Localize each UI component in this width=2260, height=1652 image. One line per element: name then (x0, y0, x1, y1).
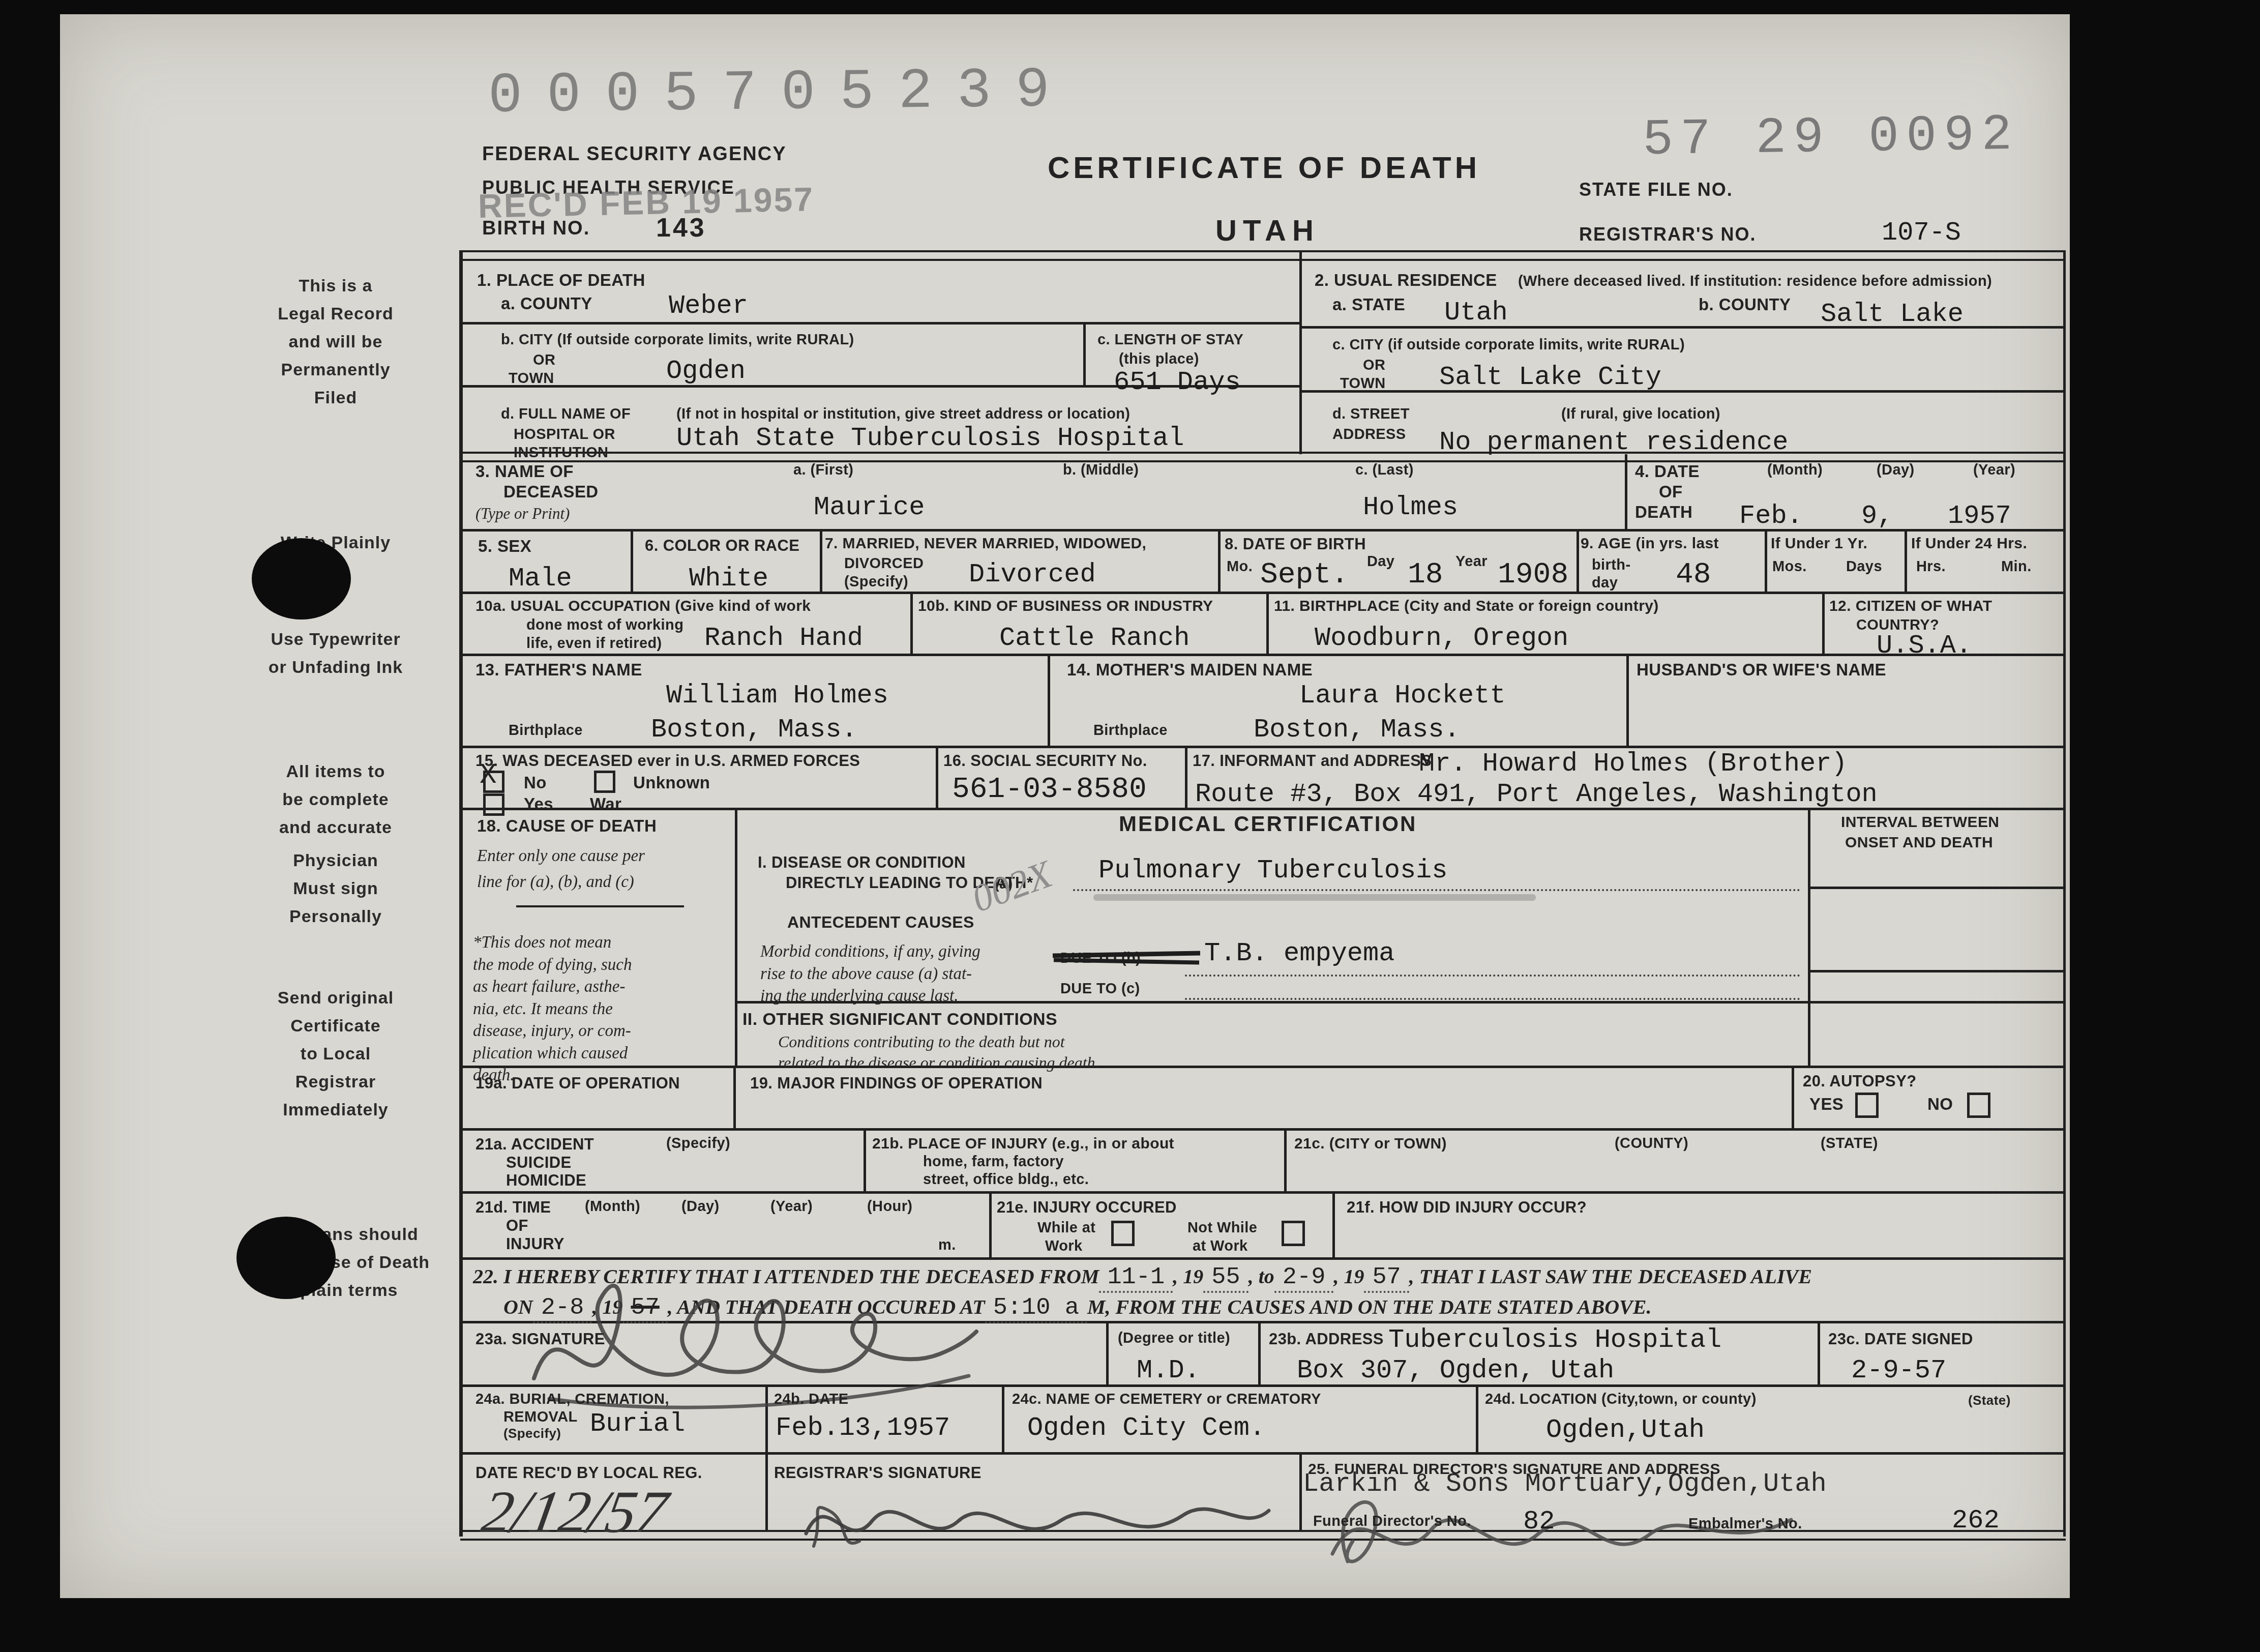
field-9-value: 48 (1676, 558, 1711, 592)
field-13-value: William Holmes (666, 681, 888, 711)
field-21d-label2: OF (506, 1217, 528, 1235)
field-24c-label: 24c. NAME OF CEMETERY or CREMATORY (1012, 1391, 1321, 1408)
pencil-smudge (1093, 894, 1536, 901)
grid-line (910, 592, 913, 654)
field-2b-value: Salt Lake (1821, 299, 1964, 329)
grid-line (1185, 746, 1187, 808)
field-4-day-label: (Day) (1877, 462, 1915, 479)
field-1b-town: TOWN (509, 370, 554, 387)
margin-note-plain-terms: Physicians should State Cause of Death i… (188, 1221, 488, 1305)
field-1c-value: 651 Days (1114, 367, 1241, 397)
field-15-war-label: War (590, 794, 621, 814)
field-3a-label: a. (First) (793, 462, 853, 479)
field-1c-sub: (this place) (1119, 351, 1199, 368)
field-4-label3: DEATH (1635, 503, 1692, 522)
field-23b-label: 23b. ADDRESS (1269, 1330, 1384, 1348)
husband-wife-label: HUSBAND'S OR WIFE'S NAME (1637, 660, 1886, 680)
field-14-bp-label: Birthplace (1093, 722, 1168, 739)
grid-line (460, 1452, 2066, 1455)
med-a-value: Pulmonary Tuberculosis (1098, 855, 1448, 886)
field-2d-label2: ADDRESS (1332, 426, 1406, 443)
field-1a-label: a. COUNTY (501, 294, 592, 313)
margin-note-physician-sign: Physician Must sign Personally (203, 847, 468, 931)
checkbox-while-at-work (1111, 1221, 1135, 1246)
med-b-value: T.B. empyema (1204, 938, 1394, 968)
field-4-day-value: 9, (1861, 501, 1893, 531)
field-24d-label: 24d. LOCATION (City,town, or county) (1485, 1391, 1757, 1408)
field-1d-sub2: INSTITUTION (514, 445, 608, 461)
field-3a-value: Maurice (814, 492, 925, 522)
grid-line (1625, 454, 1627, 529)
funeral-director-no-label: Funeral Director's No. (1313, 1513, 1471, 1530)
field-2a-value: Utah (1444, 298, 1508, 328)
field-8-day-value: 18 (1408, 558, 1443, 592)
field-10a-label3: life, even if retired) (526, 635, 662, 652)
grid-line (1048, 654, 1050, 746)
med-antecedent-label: ANTECEDENT CAUSES (787, 913, 974, 932)
grid-line (733, 1066, 736, 1128)
date-recd-value: 2/12/57 (477, 1478, 673, 1547)
grid-line (820, 529, 822, 592)
certify-tail: M, FROM THE CAUSES AND ON THE DATE STATE… (1087, 1295, 1652, 1318)
grid-line (1792, 1066, 1794, 1128)
field-20-label: 20. AUTOPSY? (1803, 1072, 1917, 1090)
med-c-line (1185, 996, 1800, 1000)
field-21b-label1: 21b. PLACE OF INJURY (e.g., in or about (872, 1135, 1174, 1153)
field-8-year-value: 1908 (1498, 558, 1568, 592)
grid-line (460, 529, 2066, 532)
field-9-label1: 9. AGE (in yrs. last (1581, 535, 1719, 552)
field-21b-label2: home, farm, factory (923, 1154, 1064, 1170)
field-14-bp-value: Boston, Mass. (1254, 715, 1460, 745)
field-17-label: 17. INFORMANT and ADDRESS (1193, 752, 1432, 770)
grid-line (1332, 1191, 1335, 1257)
field-4-year-value: 1957 (1948, 501, 2011, 531)
certificate-title: CERTIFICATE OF DEATH (1048, 150, 1480, 185)
field-21a-label1: 21a. ACCIDENT (475, 1135, 594, 1154)
grid-line (1626, 654, 1629, 746)
field-20-no-label: NO (1927, 1095, 1953, 1114)
grid-line (1818, 1321, 1820, 1384)
field-4-label1: 4. DATE (1635, 462, 1700, 481)
field-21d-month: (Month) (585, 1198, 640, 1215)
field-23b-value2: Box 307, Ogden, Utah (1297, 1355, 1614, 1385)
grid-line (1266, 592, 1269, 654)
field-1-title: 1. PLACE OF DEATH (477, 271, 645, 290)
field-21c-county: (COUNTY) (1615, 1135, 1688, 1152)
margin-note-send-original: Send original Certificate to Local Regis… (203, 984, 468, 1124)
field-12-label1: 12. CITIZEN OF WHAT (1829, 598, 1992, 615)
field-21e-label: 21e. INJURY OCCURED (997, 1198, 1177, 1217)
field-2c-or: OR (1363, 357, 1385, 374)
punch-hole-bottom (236, 1217, 336, 1299)
field-21d-year: (Year) (770, 1198, 813, 1215)
field-19-label: 19. MAJOR FINDINGS OF OPERATION (750, 1074, 1043, 1093)
field-15-label: 15. WAS DECEASED ever in U.S. ARMED FORC… (475, 752, 860, 770)
margin-note-typewriter: Use Typewriter or Unfading Ink (203, 626, 468, 682)
field-9-days-label: Days (1846, 558, 1882, 575)
grid-line (1808, 887, 2066, 889)
grid-line (2063, 250, 2066, 1537)
field-11-label: 11. BIRTHPLACE (City and State or foreig… (1274, 598, 1659, 615)
grid-line (460, 322, 1299, 324)
field-2c-town: TOWN (1340, 375, 1386, 392)
field-4-label2: OF (1659, 482, 1683, 501)
field-15-no-label: No (524, 773, 547, 792)
med-due-c-label: DUE TO (c) (1060, 981, 1140, 997)
field-1d-paren: (If not in hospital or institution, give… (676, 406, 1130, 423)
checkbox-autopsy-yes (1855, 1093, 1879, 1118)
margin-note-legal-record: This is a Legal Record and will be Perma… (203, 272, 468, 412)
grid-line (1476, 1384, 1478, 1452)
field-3-label3: (Type or Print) (475, 504, 570, 524)
field-2a-label: a. STATE (1332, 295, 1405, 314)
field-9-min-label: Min. (2001, 558, 2032, 575)
field-10a-label1: 10a. USUAL OCCUPATION (Give kind of work (475, 598, 811, 615)
state-title: UTAH (1215, 214, 1320, 248)
field-1d-label: d. FULL NAME OF (501, 406, 631, 423)
field-23c-label: 23c. DATE SIGNED (1828, 1330, 1973, 1348)
grid-line (1218, 529, 1221, 592)
field-17-value1: Mr. Howard Holmes (Brother) (1419, 749, 1848, 779)
grid-line (864, 1128, 866, 1191)
field-21e-w2: Work (1045, 1238, 1083, 1255)
certify-year2: 57 (1364, 1264, 1409, 1293)
grid-line (1299, 390, 2066, 393)
degree-title-label: (Degree or title) (1118, 1330, 1230, 1347)
grid-line (1106, 1321, 1109, 1384)
field-3b-label: b. (Middle) (1063, 462, 1139, 479)
field-8-day-label: Day (1367, 553, 1394, 570)
grid-line (989, 1191, 992, 1257)
med-morbid-note: Morbid conditions, if any, giving rise t… (760, 941, 980, 1008)
field-1d-value: Utah State Tuberculosis Hospital (676, 423, 1184, 453)
field-21d-hour: (Hour) (867, 1198, 912, 1215)
grid-line (1577, 529, 1579, 592)
grid-line (1299, 250, 1302, 454)
field-19a-label: 19a. DATE OF OPERATION (475, 1074, 680, 1093)
grid-line (1284, 1128, 1287, 1191)
field-24a-label2: REMOVAL (503, 1409, 578, 1426)
field-23c-value: 2-9-57 (1851, 1355, 1946, 1385)
field-17-value2: Route #3, Box 491, Port Angeles, Washing… (1195, 779, 1878, 809)
birth-no-label: BIRTH NO. (482, 218, 590, 240)
grid-line (460, 654, 2066, 656)
registrar-no-value: 107-S (1882, 218, 1961, 248)
med-ii-note: Conditions contributing to the death but… (778, 1031, 1099, 1073)
certify-from-value: 11-1 (1099, 1264, 1173, 1293)
field-2c-value: Salt Lake City (1439, 362, 1661, 392)
checkbox-no-x: X (480, 759, 497, 791)
field-18-rule (516, 905, 684, 907)
field-1c-label: c. LENGTH OF STAY (1097, 332, 1243, 348)
margin-note-complete: All items to be complete and accurate (203, 758, 468, 842)
field-20-yes-label: YES (1809, 1095, 1843, 1114)
state-file-number-stamp: 57 29 0092 (1642, 107, 2019, 169)
field-21c-label: 21c. (CITY or TOWN) (1294, 1135, 1447, 1153)
field-13-bp-label: Birthplace (509, 722, 583, 739)
state-file-label: STATE FILE NO. (1579, 179, 1733, 200)
registrar-no-label: REGISTRAR'S NO. (1579, 224, 1757, 245)
field-4-month-value: Feb. (1739, 501, 1803, 531)
field-2c-label: c. CITY (if outside corporate limits, wr… (1332, 337, 1685, 353)
grid-line (1002, 1384, 1004, 1452)
certify-year1: 55 (1203, 1264, 1248, 1293)
agency-line1: FEDERAL SECURITY AGENCY (482, 143, 786, 165)
field-10b-label: 10b. KIND OF BUSINESS OR INDUSTRY (918, 598, 1213, 615)
field-15-yes-label: Yes (524, 794, 553, 814)
grid-line (460, 452, 2066, 462)
field-9-mos-label: Mos. (1772, 558, 1807, 575)
field-2b-label: b. COUNTY (1699, 295, 1791, 314)
field-5-label: 5. SEX (478, 537, 531, 556)
field-24b-label: 24b. DATE (774, 1391, 848, 1408)
field-4-year-label: (Year) (1973, 462, 2015, 479)
field-10a-value: Ranch Hand (704, 623, 863, 653)
field-3c-value: Holmes (1363, 492, 1458, 522)
field-4-month-label: (Month) (1767, 462, 1823, 479)
field-9-label2: birth- (1592, 557, 1631, 574)
checkbox-unknown (594, 771, 615, 793)
field-2-paren: (Where deceased lived. If institution: r… (1518, 273, 1992, 290)
field-14-value: Laura Hockett (1299, 681, 1506, 711)
field-15-unknown-label: Unknown (633, 773, 710, 792)
field-18-note1: Enter only one cause per line for (a), (… (477, 843, 645, 895)
field-9-under24-label: If Under 24 Hrs. (1911, 535, 2027, 552)
field-21e-nw2: at Work (1193, 1238, 1248, 1255)
field-24a-label3: (Specify) (503, 1426, 561, 1441)
grid-line (1299, 1452, 1302, 1530)
field-3-label1: 3. NAME OF (475, 462, 574, 481)
grid-line (765, 1452, 768, 1530)
grid-line (1765, 529, 1767, 592)
grid-line (1808, 808, 1810, 1066)
embalmer-no-value: 262 (1952, 1506, 2000, 1536)
medical-certification-title: MEDICAL CERTIFICATION (1119, 812, 1417, 836)
field-21b-label3: street, office bldg., etc. (923, 1171, 1089, 1188)
field-3c-label: c. (Last) (1355, 462, 1414, 479)
field-24b-value: Feb.13,1957 (776, 1413, 950, 1443)
field-21d-label1: 21d. TIME (475, 1198, 551, 1217)
field-21e-nw1: Not While (1187, 1220, 1257, 1236)
med-ii-label: II. OTHER SIGNIFICANT CONDITIONS (742, 1010, 1057, 1029)
med-b-line (1185, 972, 1800, 977)
grid-line (936, 746, 938, 808)
field-21a-spec: (Specify) (666, 1135, 730, 1152)
med-a-line (1073, 887, 1800, 891)
field-3-label2: DECEASED (503, 482, 599, 501)
field-21f-label: 21f. HOW DID INJURY OCCUR? (1347, 1198, 1587, 1217)
field-8-mo-value: Sept. (1260, 558, 1349, 592)
checkbox-autopsy-no (1967, 1093, 1990, 1118)
field-2d-paren: (If rural, give location) (1561, 406, 1720, 423)
embalmer-no-label: Embalmer's No. (1688, 1516, 1802, 1532)
field-7-value: Divorced (969, 559, 1096, 589)
field-1a-value: Weber (669, 291, 748, 321)
field-21d-day: (Day) (681, 1198, 720, 1215)
field-1b-or: OR (533, 352, 555, 369)
certify-to-value: 2-9 (1274, 1264, 1334, 1293)
field-7-label1: 7. MARRIED, NEVER MARRIED, WIDOWED, (825, 535, 1146, 552)
field-7-label3: (Specify) (844, 574, 908, 591)
field-8-year-label: Year (1455, 553, 1488, 570)
field-7-label2: DIVORCED (844, 555, 924, 572)
field-9-hrs-label: Hrs. (1916, 558, 1946, 575)
field-24a-label1: 24a. BURIAL, CREMATION, (475, 1391, 669, 1408)
grid-line (1083, 322, 1086, 388)
field-16-label: 16. SOCIAL SECURITY No. (943, 752, 1147, 770)
grid-line (459, 250, 463, 1537)
field-13-label: 13. FATHER'S NAME (475, 660, 642, 680)
registrar-signature-scrawl (793, 1470, 1282, 1561)
field-10b-value: Cattle Ranch (999, 623, 1190, 653)
grid-line (460, 746, 2066, 748)
field-10a-label2: done most of working (526, 617, 683, 634)
field-24d-state-label: (State) (1968, 1393, 2011, 1408)
checkbox-not-while-at-work (1282, 1221, 1305, 1246)
field-1b-label: b. CITY (If outside corporate limits, wr… (501, 332, 854, 348)
field-24c-value: Ogden City Cem. (1027, 1413, 1265, 1443)
birth-no-value: 143 (656, 213, 706, 243)
field-18-note2: *This does not mean the mode of dying, s… (473, 932, 632, 1087)
field-14-label: 14. MOTHER'S MAIDEN NAME (1067, 660, 1313, 680)
interval-label1: INTERVAL BETWEEN (1841, 814, 1999, 831)
field-2d-label1: d. STREET (1332, 406, 1410, 423)
field-12-value: U.S.A. (1877, 631, 1972, 661)
field-9-label3: day (1592, 575, 1618, 592)
field-2d-value: No permanent residence (1439, 427, 1789, 457)
grid-line (1822, 592, 1825, 654)
field-21a-label3: HOMICIDE (506, 1171, 586, 1190)
certify-alive: , THAT I LAST SAW THE DECEASED ALIVE (1409, 1265, 1812, 1288)
field-23b-value1: Tuberculosis Hospital (1388, 1325, 1721, 1355)
field-8-mo-label: Mo. (1227, 558, 1253, 575)
death-certificate-scan: 0005705239 FEDERAL SECURITY AGENCY PUBLI… (0, 0, 2260, 1652)
field-13-bp-value: Boston, Mass. (651, 715, 857, 745)
field-6-value: White (689, 564, 768, 594)
field-6-label: 6. COLOR OR RACE (645, 537, 799, 555)
grid-line (1258, 1321, 1261, 1384)
grid-line (1808, 970, 2066, 972)
field-21e-w1: While at (1037, 1220, 1095, 1236)
grid-line (460, 250, 2066, 261)
field-24a-value: Burial (590, 1409, 685, 1439)
grid-line (460, 1128, 2066, 1131)
grid-line (735, 808, 737, 1066)
checkbox-yes (483, 793, 504, 816)
grid-line (1905, 529, 1907, 592)
punch-hole-top (252, 538, 351, 619)
field-1b-value: Ogden (666, 356, 746, 386)
interval-label2: ONSET AND DEATH (1845, 834, 1993, 851)
grid-line (460, 1191, 2066, 1194)
field-9-under1yr-label: If Under 1 Yr. (1771, 535, 1867, 552)
grid-line (631, 529, 633, 592)
field-24d-value: Ogden,Utah (1546, 1415, 1705, 1445)
field-2-title: 2. USUAL RESIDENCE (1315, 271, 1497, 290)
degree-title-value: M.D. (1137, 1355, 1200, 1385)
certify-time-value: 5:10 a (985, 1294, 1087, 1323)
field-8-label: 8. DATE OF BIRTH (1225, 535, 1366, 553)
med-i-label1: I. DISEASE OR CONDITION (758, 853, 966, 872)
field-18-label: 18. CAUSE OF DEATH (477, 816, 657, 836)
field-21c-state: (STATE) (1821, 1135, 1878, 1152)
field-16-value: 561-03-8580 (952, 773, 1147, 806)
field-1d-sub1: HOSPITAL OR (514, 426, 615, 443)
field-11-value: Woodburn, Oregon (1315, 623, 1568, 653)
field-5-value: Male (509, 564, 572, 594)
field-21a-label2: SUICIDE (506, 1154, 572, 1172)
serial-number-stamp: 0005705239 (488, 58, 1074, 129)
grid-line (460, 1066, 2066, 1068)
funeral-director-no-value: 82 (1523, 1507, 1555, 1537)
